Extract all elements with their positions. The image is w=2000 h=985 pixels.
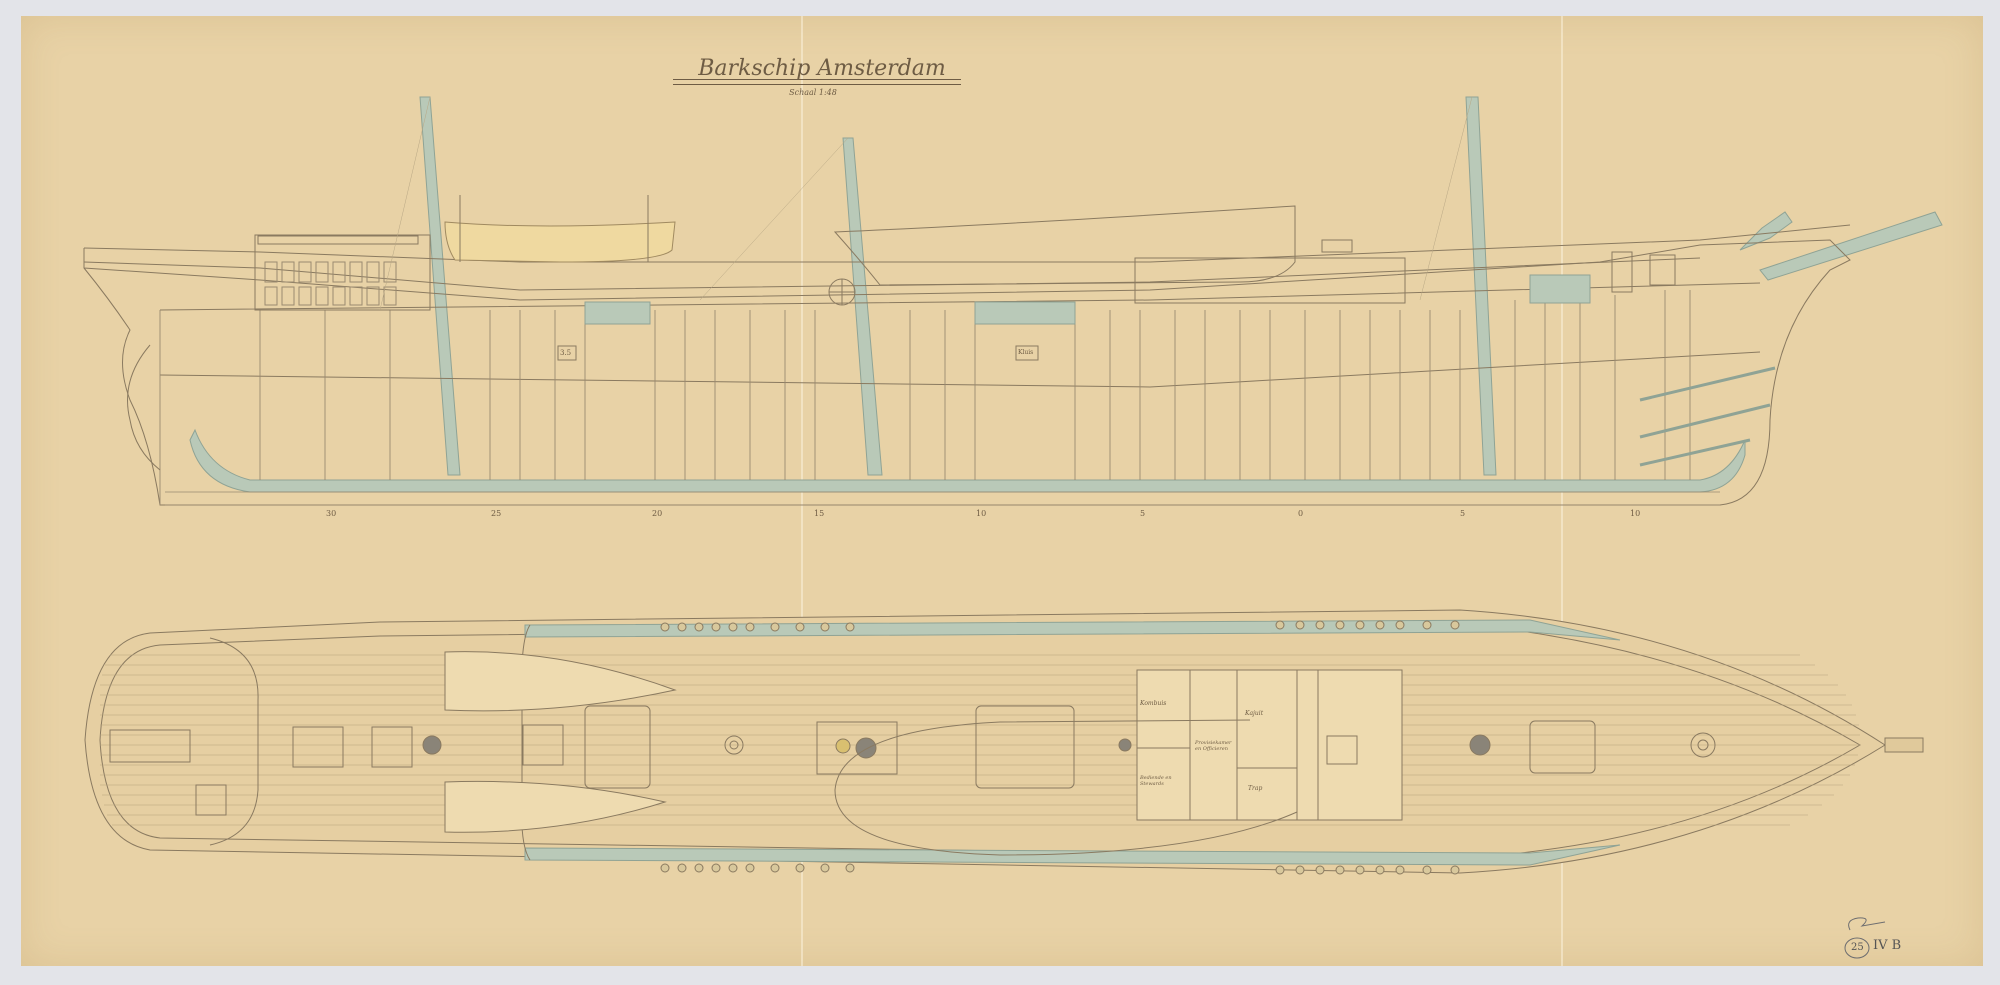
svg-text:0: 0 bbox=[1298, 509, 1303, 518]
hatch bbox=[975, 302, 1075, 324]
svg-text:5: 5 bbox=[1140, 509, 1145, 518]
sheet-number: 25 bbox=[1851, 942, 1864, 953]
mizzen-mast bbox=[420, 97, 460, 475]
svg-text:15: 15 bbox=[814, 509, 824, 518]
hold-label: Kluis bbox=[1018, 349, 1033, 356]
deckhouse-plan bbox=[1137, 670, 1402, 820]
side-elevation bbox=[84, 97, 1942, 505]
room-label-kajuit: Kajuit bbox=[1245, 710, 1263, 717]
svg-text:20: 20 bbox=[652, 509, 662, 518]
hold-label: 3.5 bbox=[560, 349, 571, 357]
svg-text:5: 5 bbox=[1460, 509, 1465, 518]
keelson bbox=[190, 430, 1745, 492]
room-label-provisiekamer: Provisiekamer en Officieren bbox=[1195, 740, 1235, 752]
lower-deck-line bbox=[160, 352, 1760, 387]
deck-plan bbox=[85, 610, 1923, 874]
room-label-stewards: Bediende en Stewards bbox=[1140, 775, 1188, 787]
stern-counter bbox=[128, 345, 161, 470]
room-label-kombuis: Kombuis bbox=[1140, 700, 1166, 707]
hatch bbox=[1530, 275, 1590, 303]
main-mast bbox=[843, 138, 882, 475]
bowsprit-plan bbox=[1885, 738, 1923, 752]
main-deck-line bbox=[160, 283, 1760, 310]
lifeboat bbox=[445, 222, 675, 262]
svg-text:30: 30 bbox=[326, 509, 336, 518]
hatch bbox=[585, 302, 650, 324]
deck-outline bbox=[85, 610, 1885, 873]
fore-mast bbox=[1466, 97, 1496, 475]
longboat bbox=[835, 206, 1295, 285]
svg-text:10: 10 bbox=[1630, 509, 1640, 518]
svg-text:10: 10 bbox=[976, 509, 986, 518]
frame-number-row: 302520 15105 0510 bbox=[326, 509, 1640, 518]
svg-text:25: 25 bbox=[491, 509, 501, 518]
deckhouse-aft bbox=[255, 235, 430, 310]
sheet-series: IV B bbox=[1873, 938, 1901, 953]
frames bbox=[160, 290, 1690, 505]
companion bbox=[423, 736, 441, 754]
ship-drawing: 302520 15105 0510 bbox=[0, 0, 2000, 985]
room-label-trap: Trap bbox=[1248, 785, 1262, 792]
